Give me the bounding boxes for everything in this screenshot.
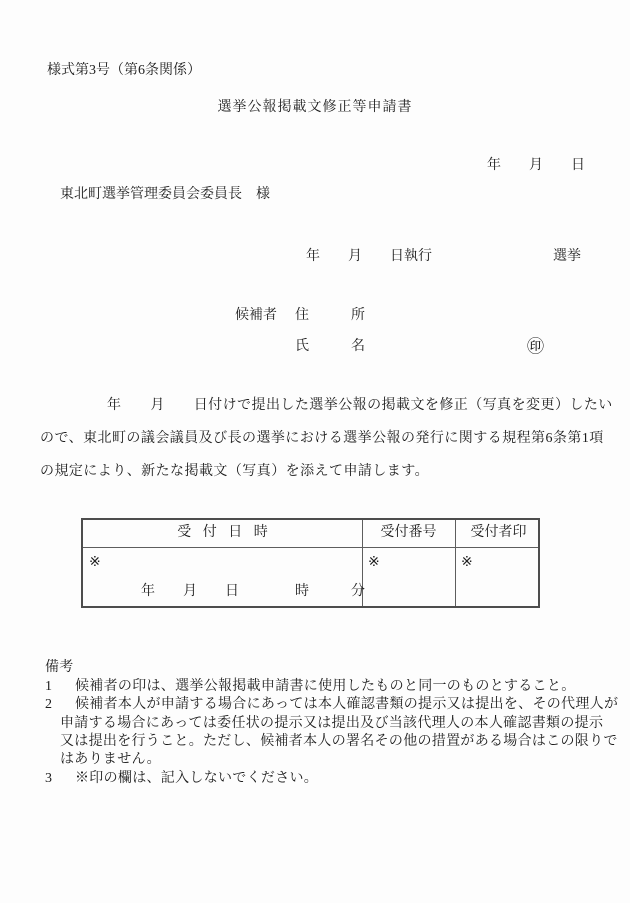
candidate-name-label: 氏 名: [295, 338, 365, 356]
addressee-line: 東北町選挙管理委員会委員長 様: [60, 186, 270, 204]
table-header-receiver-seal: 受付者印: [455, 525, 542, 542]
table-note-mark-number: ※: [368, 555, 380, 572]
seal-mark-icon: ㊞: [527, 336, 544, 357]
note-item-1-text: 候補者の印は、選挙公報掲載申請書に使用したものと同一のものとすること。: [75, 678, 576, 696]
candidate-address-label: 住 所: [295, 307, 365, 325]
note-item-2-line-1: 候補者本人が申請する場合にあっては本人確認書類の提示又は提出を、その代理人が: [75, 696, 618, 714]
note-item-2-line-2: 申請する場合にあっては委任状の提示又は提出及び当該代理人の本人確認書類の提示: [60, 715, 603, 733]
body-paragraph-line-3: の規定により、新たな掲載文（写真）を添えて申請します。: [40, 463, 429, 481]
table-note-mark-sealer: ※: [461, 555, 473, 572]
election-execution-date: 年 月 日執行: [306, 248, 432, 266]
note-item-2-number: 2: [45, 696, 52, 714]
body-paragraph-line-2: ので、東北町の議会議員及び長の選挙における選挙公報の発行に関する規程第6条第1項: [40, 430, 604, 448]
note-item-2-line-3: 又は提出を行うこと。ただし、候補者本人の署名その他の措置がある場合はこの限りで: [60, 733, 618, 751]
note-item-2-line-4: はありません。: [60, 751, 161, 769]
notes-label: 備考: [45, 659, 74, 677]
table-header-divider: [83, 547, 538, 548]
note-item-1-number: 1: [45, 678, 52, 696]
note-item-3-text: ※印の欄は、記入しないでください。: [75, 770, 318, 788]
candidate-label: 候補者: [235, 307, 277, 325]
form-number: 様式第3号（第6条関係）: [47, 62, 201, 80]
application-form-page: 様式第3号（第6条関係） 選挙公報掲載文修正等申請書 年 月 日 東北町選挙管理…: [0, 0, 630, 903]
note-item-3-number: 3: [45, 770, 52, 788]
table-note-mark-datetime: ※: [89, 555, 101, 572]
election-type-label: 選挙: [553, 248, 581, 266]
table-datetime-blank-line: 年 月 日 時 分: [141, 584, 365, 601]
reception-table: 受 付 日 時 受付番号 受付者印 ※ ※ ※ 年 月 日 時 分: [81, 518, 540, 608]
body-paragraph-line-1: 年 月 日付けで提出した選挙公報の掲載文を修正（写真を変更）したい: [40, 397, 613, 415]
application-date-line: 年 月 日: [487, 157, 585, 175]
document-title: 選挙公報掲載文修正等申請書: [0, 99, 630, 117]
table-header-reception-datetime: 受 付 日 時: [83, 525, 362, 542]
table-header-reception-number: 受付番号: [362, 525, 455, 542]
